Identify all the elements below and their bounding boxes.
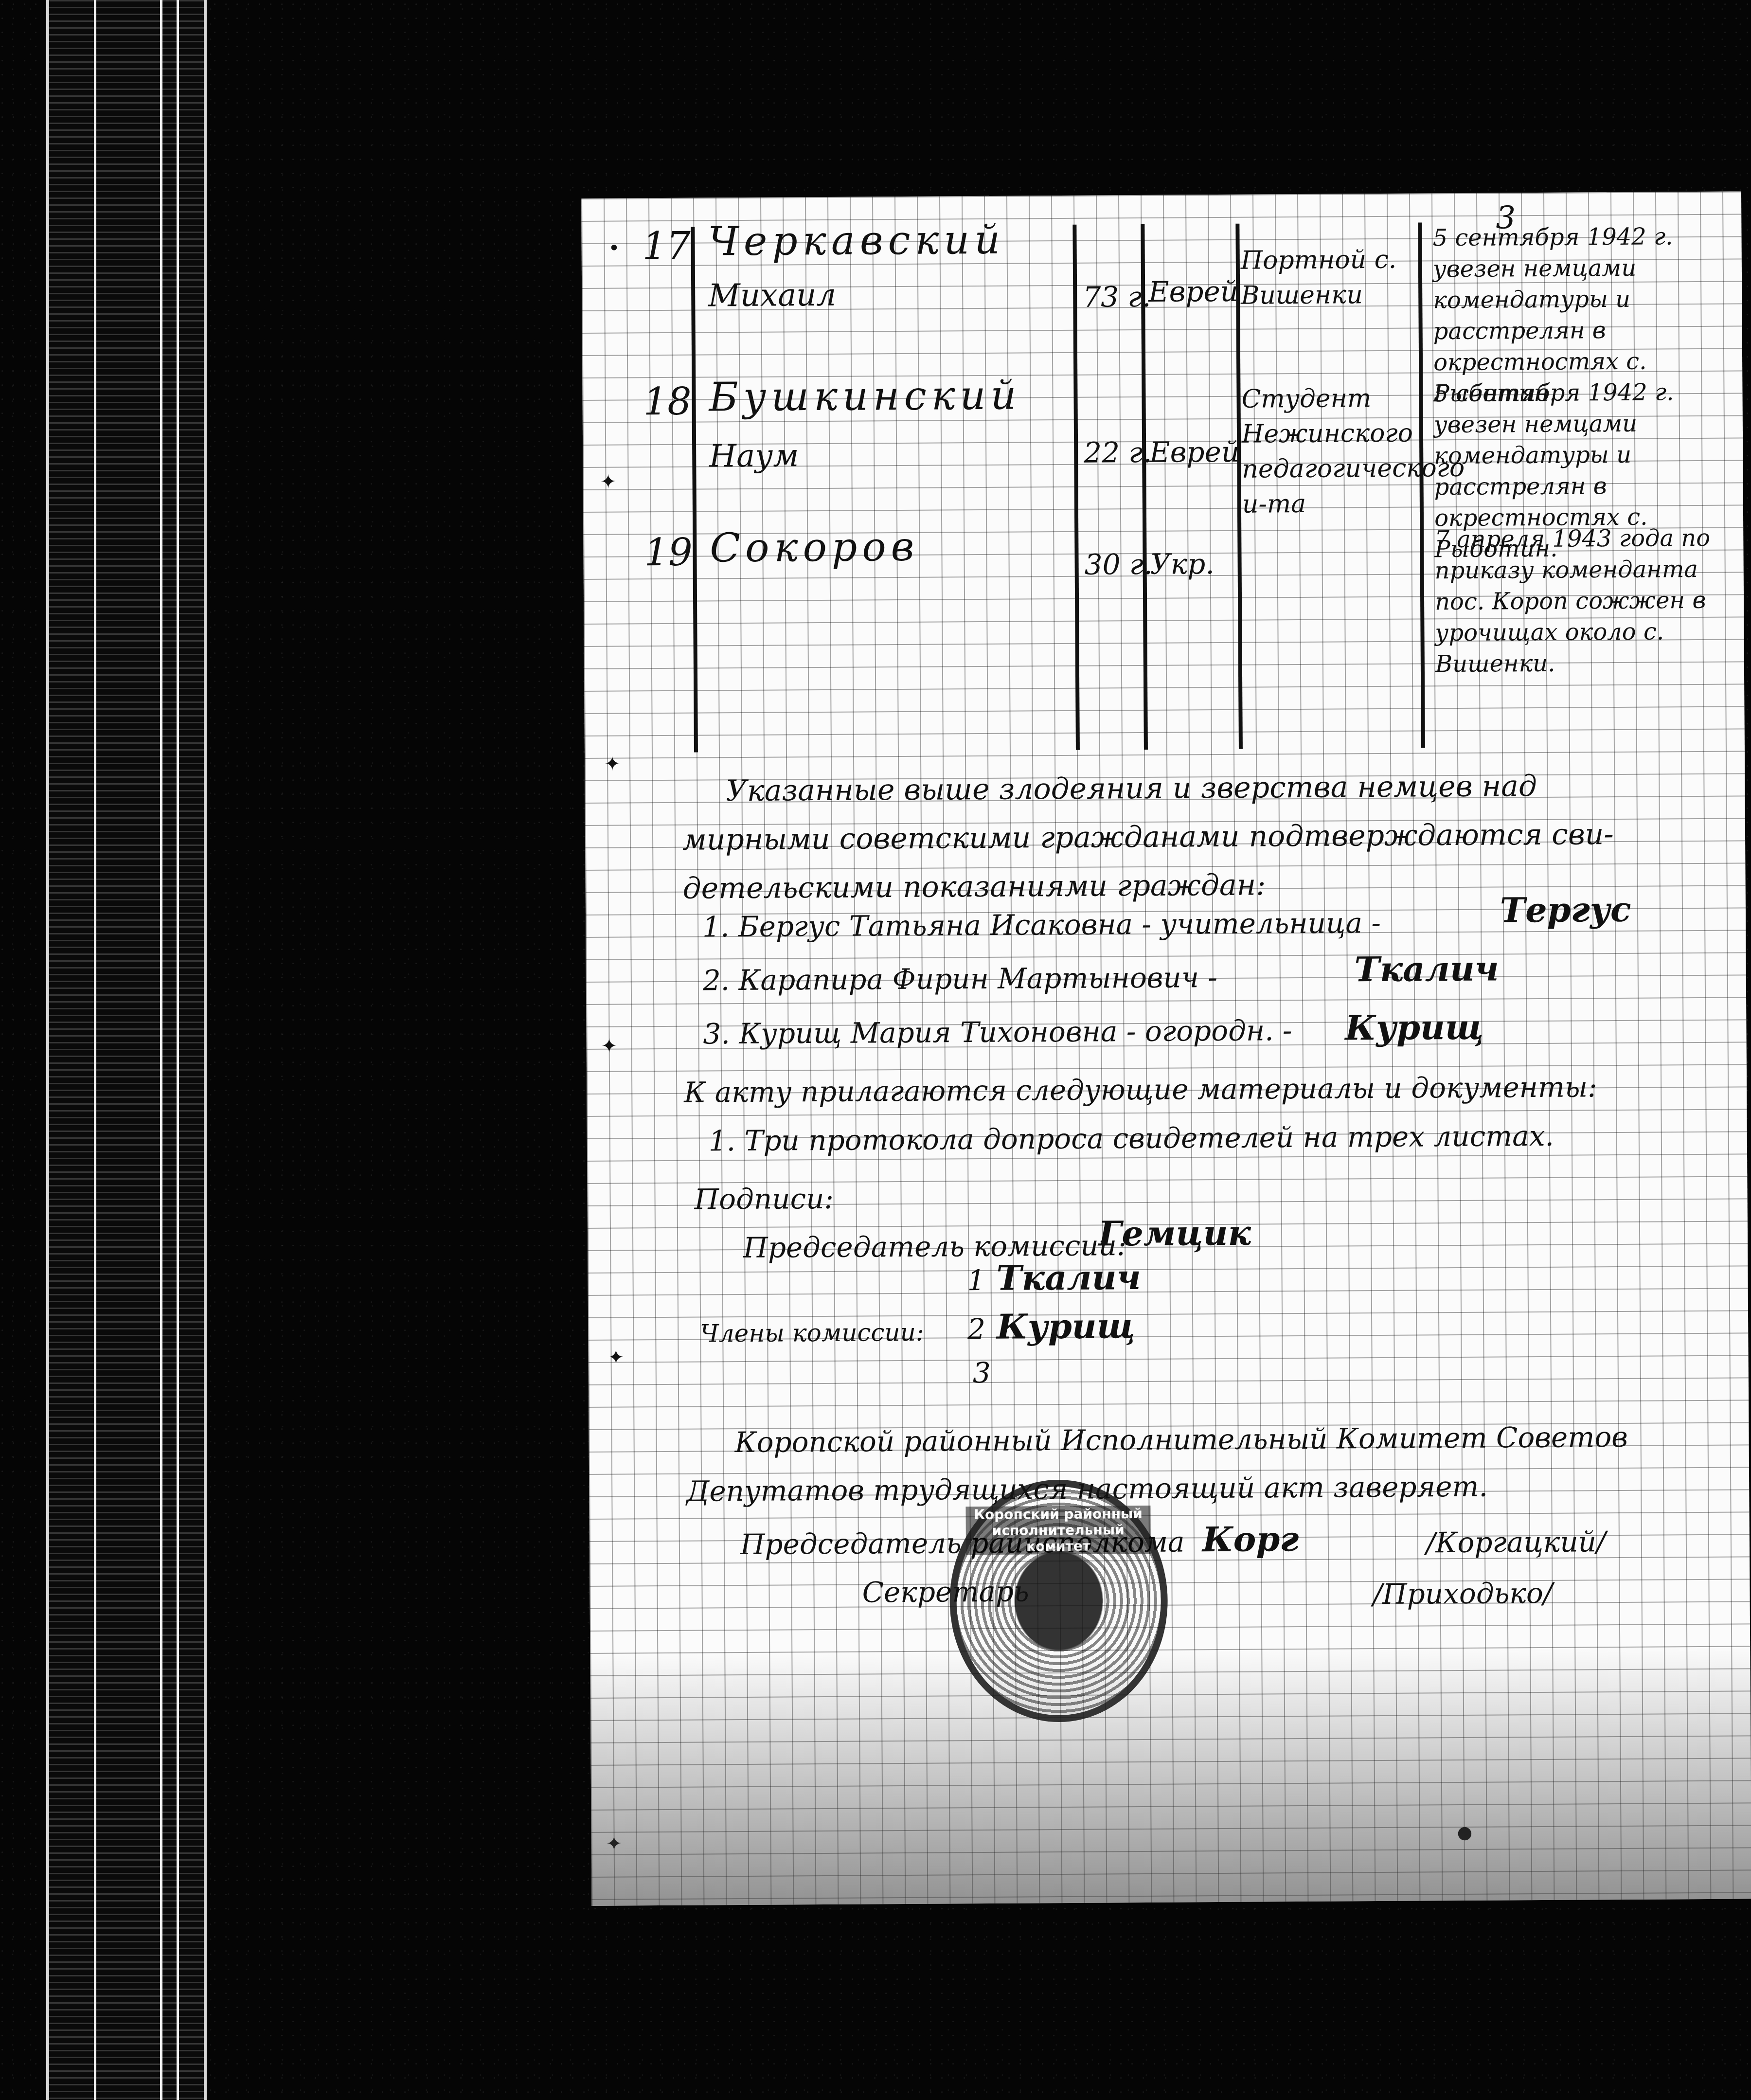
film-rail bbox=[94, 0, 96, 2100]
row-number: 19 bbox=[644, 534, 693, 572]
surname: Сокоров bbox=[710, 527, 919, 569]
age: 73 г. bbox=[1083, 283, 1151, 311]
exec-chairman-autograph: Корг bbox=[1202, 1522, 1299, 1557]
film-rail bbox=[160, 0, 162, 2100]
film-strip-edge bbox=[46, 0, 207, 2100]
attachment-item: 1. Три протокола допроса свидетелей на т… bbox=[709, 1122, 1554, 1155]
nationality: Еврей bbox=[1148, 277, 1238, 306]
age: 30 г. bbox=[1084, 550, 1152, 579]
witness-entry: 1. Бергус Татьяна Исаковна - учительница… bbox=[702, 909, 1381, 941]
table-column-divider bbox=[1072, 225, 1080, 750]
secretary-signature: /Приходько/ bbox=[1373, 1579, 1553, 1608]
fate-description: 7 апреля 1943 года по приказу коменданта… bbox=[1434, 522, 1727, 680]
signatures-heading: Подписи: bbox=[694, 1185, 834, 1214]
members-label: Члены комиссии: bbox=[700, 1320, 924, 1346]
first-name: Наум bbox=[709, 440, 799, 472]
member-signature: Ткалич bbox=[996, 1260, 1141, 1295]
film-rail bbox=[177, 0, 179, 2100]
first-name: Михаил bbox=[708, 280, 836, 312]
witness-signature: Тергус bbox=[1500, 893, 1631, 928]
occupation: Портной с. Вишенки bbox=[1241, 242, 1446, 313]
certification-line: Коропской районный Исполнительный Комите… bbox=[734, 1423, 1628, 1456]
scan-shadow bbox=[590, 1646, 1751, 1906]
occupation: Студент Нежинского педагогического и-та bbox=[1241, 380, 1447, 522]
surname: Бушкинский bbox=[709, 376, 1021, 417]
table-column-divider bbox=[691, 227, 698, 753]
witness-signature: Ткалич bbox=[1355, 952, 1499, 987]
member-number: 3 bbox=[973, 1359, 991, 1387]
chairman-signature: Гемцик bbox=[1098, 1216, 1251, 1251]
member-number: 2 bbox=[967, 1315, 985, 1343]
attachments-heading: К акту прилагаются следующие материалы и… bbox=[684, 1073, 1597, 1106]
witness-signature: Курищ bbox=[1345, 1010, 1483, 1045]
row-number: 17 bbox=[642, 227, 691, 266]
age: 22 г. bbox=[1084, 438, 1152, 467]
nationality: Еврей bbox=[1149, 438, 1239, 467]
member-number: 1 bbox=[967, 1266, 985, 1294]
surname: Черкавский bbox=[708, 220, 1005, 262]
exec-chairman-signature: /Коргацкий/ bbox=[1426, 1527, 1606, 1557]
document-page: 3 • 17 Черкавский Михаил 73 г. Еврей Пор… bbox=[581, 191, 1751, 1906]
row-number: 18 bbox=[643, 383, 692, 421]
witness-entry: 2. Карапира Фирин Мартынович - bbox=[703, 963, 1217, 994]
member-signature: Курищ bbox=[997, 1309, 1135, 1344]
stamp-text: Коропский районный исполнительный комите… bbox=[965, 1506, 1151, 1555]
witness-entry: 3. Курищ Мария Тихоновна - огородн. - bbox=[703, 1016, 1292, 1048]
nationality: Укр. bbox=[1150, 550, 1214, 578]
